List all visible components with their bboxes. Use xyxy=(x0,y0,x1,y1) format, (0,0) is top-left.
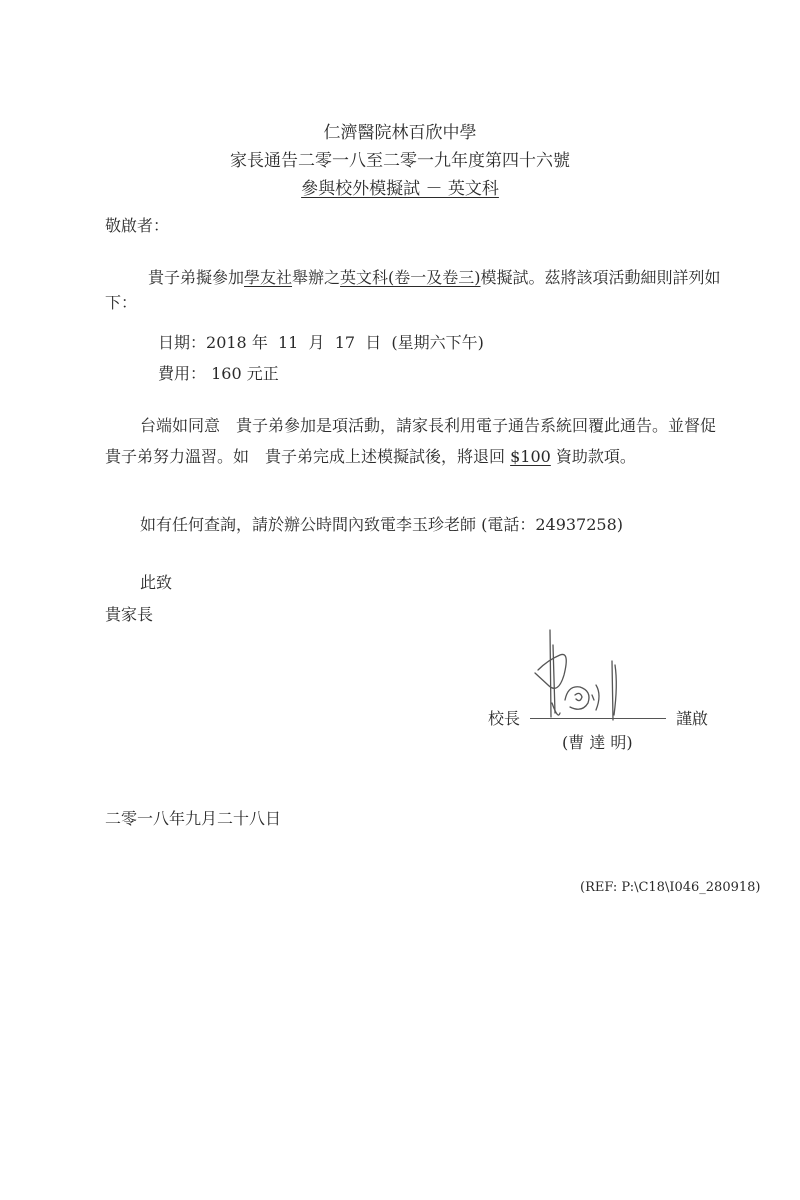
date-label: 日期： xyxy=(158,333,206,352)
closing-line-2: 貴家長 xyxy=(105,602,153,625)
consent-text-1: 貴子弟努力溫習。如 貴子弟完成上述模擬試後，將退回 xyxy=(105,447,510,466)
intro-text-1: 貴子弟擬參加 xyxy=(148,268,244,287)
notice-subject-text: 參與校外模擬試 － 英文科 xyxy=(301,179,499,199)
consent-text-2: 資助款項。 xyxy=(551,447,636,466)
intro-line-2: 下： xyxy=(105,290,137,313)
fee-row: 費用： 160 元正 xyxy=(158,361,279,384)
signoff: 謹啟 xyxy=(676,706,708,729)
consent-line-1: 台端如同意 貴子弟參加是項活動，請家長利用電子通告系統回覆此通告。並督促 xyxy=(140,413,716,436)
intro-text-2: 舉辦之 xyxy=(292,268,340,287)
exam-papers: 英文科(卷一及卷三) xyxy=(340,268,481,287)
consent-line-2: 貴子弟努力溫習。如 貴子弟完成上述模擬試後，將退回 $100 資助款項。 xyxy=(105,444,636,467)
fee-label: 費用： xyxy=(158,364,206,383)
date-value: 2018 年 11 月 17 日 (星期六下午) xyxy=(206,333,484,352)
principal-title: 校長 xyxy=(488,706,520,729)
refund-amount: $100 xyxy=(510,447,551,466)
intro-text-3: 模擬試。茲將該項活動細則詳列如 xyxy=(481,268,721,287)
notice-number: 家長通告二零一八至二零一九年度第四十六號 xyxy=(0,146,800,171)
fee-value: 160 元正 xyxy=(211,364,279,383)
notice-subject: 參與校外模擬試 － 英文科 xyxy=(0,174,800,199)
signature-line xyxy=(530,718,666,719)
intro-line-1: 貴子弟擬參加學友社舉辦之英文科(卷一及卷三)模擬試。茲將該項活動細則詳列如 xyxy=(148,265,721,288)
enquiry-line: 如有任何查詢，請於辦公時間內致電李玉珍老師 (電話：24937258) xyxy=(140,512,623,535)
salutation: 敬啟者： xyxy=(105,213,169,236)
date-row: 日期：2018 年 11 月 17 日 (星期六下午) xyxy=(158,330,484,353)
organizer-name: 學友社 xyxy=(244,268,292,287)
reference-code: (REF: P:\C18\I046_280918) xyxy=(580,880,760,895)
principal-name: (曹 達 明) xyxy=(562,730,633,753)
school-name: 仁濟醫院林百欣中學 xyxy=(0,118,800,143)
closing-line-1: 此致 xyxy=(140,570,172,593)
issue-date: 二零一八年九月二十八日 xyxy=(105,806,281,829)
